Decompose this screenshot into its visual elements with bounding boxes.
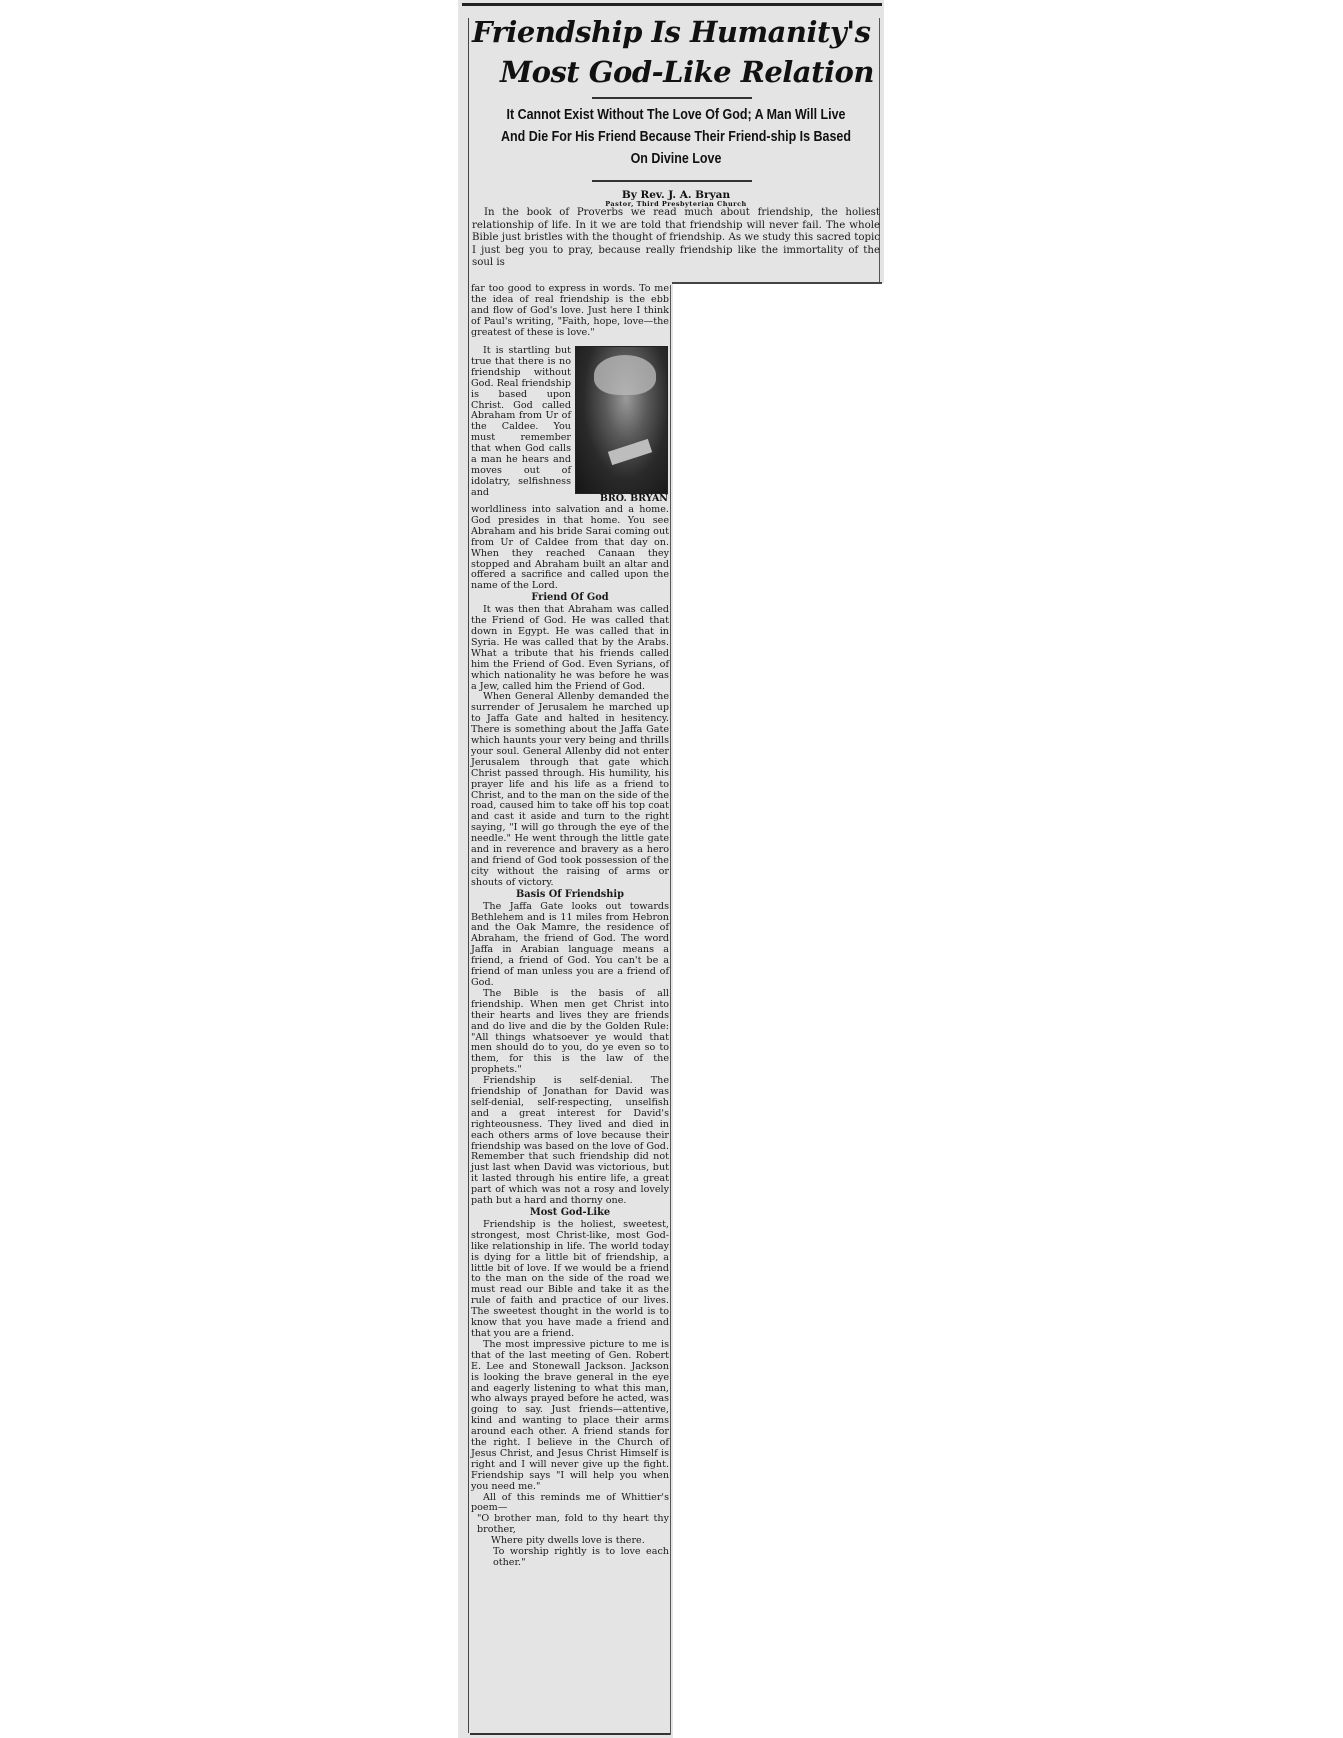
body-paragraph: The most impressive picture to me is tha…: [471, 1340, 669, 1493]
headline-line-1: Friendship Is Humanity's: [470, 12, 880, 52]
top-border-rule: [462, 3, 882, 6]
headline-line-2: Most God-Like Relation: [470, 52, 880, 92]
body-paragraph: Friendship is self-denial. The friendshi…: [471, 1076, 669, 1207]
subheadline-deck: It Cannot Exist Without The Love Of God;…: [501, 104, 852, 170]
headline-divider: [592, 97, 752, 99]
whittier-poem: "O brother man, fold to thy heart thy br…: [471, 1514, 669, 1569]
poem-line: To worship rightly is to love each other…: [471, 1547, 669, 1569]
section-subhead: Basis Of Friendship: [471, 890, 669, 901]
para2-text: It is startling but true that there is n…: [471, 346, 571, 499]
article-body-column: worldliness into salvation and a home. G…: [471, 505, 669, 1569]
left-column-rule: [468, 18, 469, 1733]
body-paragraph: The Bible is the basis of all friendship…: [471, 989, 669, 1076]
bottom-border-rule: [470, 1733, 670, 1735]
intro-cont-text: far too good to express in words. To me …: [471, 284, 669, 339]
column-right-rule: [670, 285, 671, 1735]
section-subhead: Friend Of God: [471, 593, 669, 604]
poem-line: "O brother man, fold to thy heart thy br…: [471, 1514, 669, 1536]
body-paragraph: When General Allenby demanded the surren…: [471, 692, 669, 888]
intro-text: In the book of Proverbs we read much abo…: [472, 207, 880, 270]
portrait-collar-shape: [608, 439, 652, 465]
photo-wrap-paragraph: It is startling but true that there is n…: [471, 346, 571, 499]
newspaper-clipping: Friendship Is Humanity's Most God-Like R…: [0, 0, 1343, 1738]
photo-caption: BRO. BRYAN: [578, 493, 668, 504]
section-subhead: Most God-Like: [471, 1208, 669, 1219]
body-paragraph: It was then that Abraham was called the …: [471, 605, 669, 692]
para2-cont-text: worldliness into salvation and a home. G…: [471, 505, 669, 592]
portrait-hair-shape: [594, 355, 656, 395]
body-paragraph: The Jaffa Gate looks out towards Bethleh…: [471, 902, 669, 989]
body-paragraph: Friendship is the holiest, sweetest, str…: [471, 1220, 669, 1340]
intro-paragraph-wide: In the book of Proverbs we read much abo…: [472, 207, 880, 270]
intro-continuation: far too good to express in words. To me …: [471, 284, 669, 339]
deck-divider: [592, 180, 752, 182]
headline: Friendship Is Humanity's Most God-Like R…: [470, 12, 880, 92]
body-paragraph: All of this reminds me of Whittier's poe…: [471, 1493, 669, 1515]
author-portrait-photo: [575, 346, 668, 494]
header-bottom-rule: [672, 282, 882, 284]
